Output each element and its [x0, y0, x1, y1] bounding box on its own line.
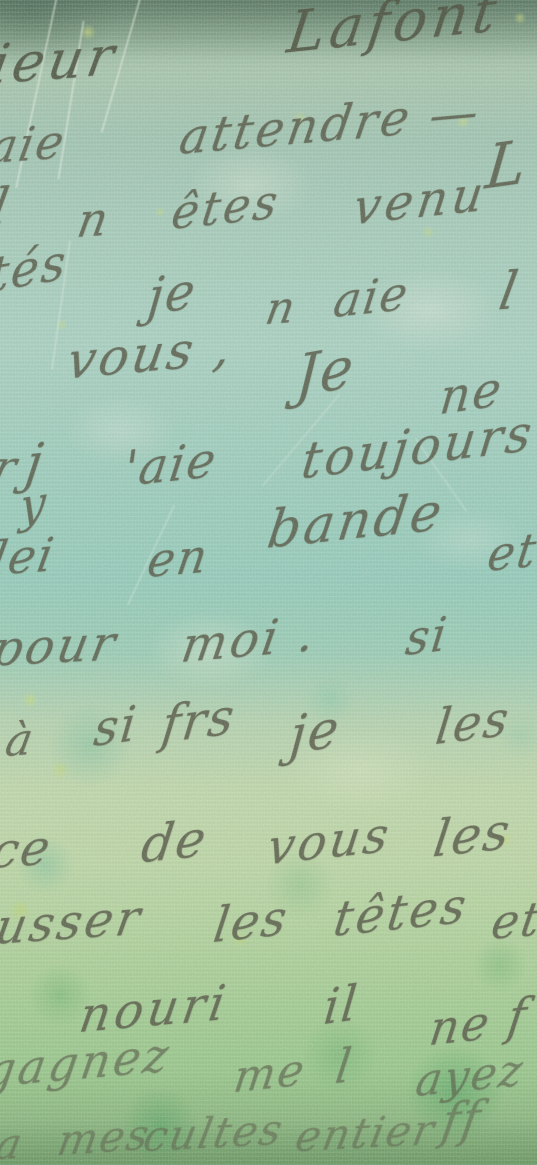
handwriting-word: ne [427, 999, 494, 1052]
handwriting-word: les [430, 805, 514, 864]
handwriting-word: si [403, 610, 451, 662]
handwriting-word: frs [159, 690, 239, 750]
handwriting-word: je [288, 701, 343, 762]
handwriting-word: êtes [169, 178, 284, 236]
handwriting-word: si [91, 699, 140, 754]
handwriting-word: les [211, 894, 292, 951]
handwriting-word: aie [331, 270, 413, 325]
handwriting-word: entier [292, 1108, 439, 1158]
handwriting-word: je [145, 265, 199, 323]
handwriting-word: lei [0, 531, 59, 582]
handwriting-word: vous , [64, 321, 237, 386]
vintage-paper-canvas: Lafont sieur aie attendre — L l n êtes v… [0, 0, 537, 1165]
handwriting-word: sieur [0, 29, 122, 95]
handwriting-word: en [144, 532, 212, 584]
handwriting-word: les [433, 694, 513, 752]
handwriting-word: et [485, 526, 537, 578]
handwriting-word: mes [54, 1113, 154, 1162]
handwriting-word: me [231, 1048, 309, 1100]
handwriting-word: il [321, 979, 361, 1033]
handwriting-word: aie [0, 118, 69, 170]
handwriting-word: et [488, 895, 537, 946]
handwriting-word: 'aie [121, 436, 221, 495]
handwriting-word: usser [0, 893, 146, 952]
handwriting-word: ff [438, 1094, 485, 1146]
handwriting-word: pour [0, 619, 122, 674]
handwriting-word: moi . [178, 610, 321, 671]
handwriting-word: y [18, 478, 49, 530]
handwriting-word: ce [0, 824, 55, 877]
handwriting-word: venu [351, 170, 491, 233]
handwriting-word: de [138, 813, 210, 871]
handwriting-word: Je [294, 339, 357, 407]
handwriting-word: têtes [331, 881, 472, 944]
handwriting-word: vous [265, 811, 395, 873]
handwriting-word: tés [0, 238, 69, 301]
handwriting-word: cultes [140, 1108, 287, 1158]
